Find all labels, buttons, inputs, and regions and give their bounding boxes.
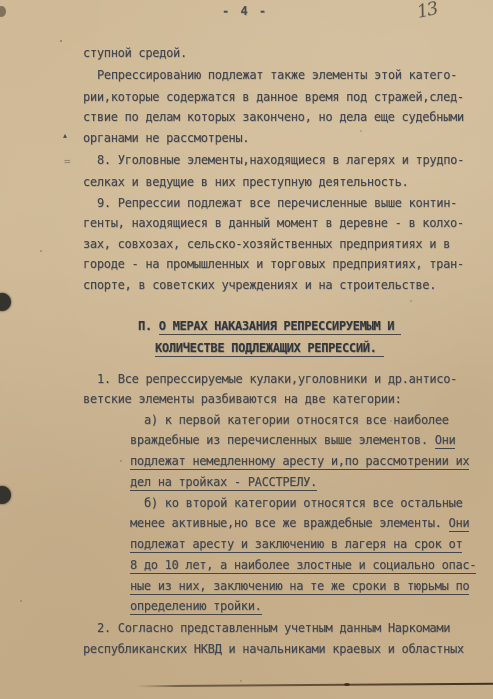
text-line: 2. Согласно представленным учетным данны…: [97, 621, 450, 635]
underlined-text-segment: подлежат аресту и заключению в лагеря на…: [130, 537, 462, 553]
paper-edge-blot: [344, 683, 350, 686]
text-line: а) к первой категории относятся все наиб…: [144, 413, 449, 427]
text-segment: рии,которые содержатся в данное время по…: [83, 90, 464, 104]
text-segment: органами не рассмотрены.: [83, 131, 249, 145]
text-line: городе - на промышленных и торговых пред…: [83, 257, 464, 271]
paper-edge-line: [136, 683, 493, 688]
text-segment: зах, совхозах, сельско-хозяйственных пре…: [83, 237, 450, 251]
text-segment: городе - на промышленных и торговых пред…: [83, 257, 464, 271]
text-line: органами не рассмотрены.: [83, 131, 249, 145]
text-line: рии,которые содержатся в данное время по…: [83, 90, 464, 104]
heading-line: КОЛИЧЕСТВЕ ПОДЛЕЖАЩИХ РЕПРЕССИЙ.: [155, 341, 384, 355]
underlined-text-segment: дел на тройках - РАССТРЕЛУ.: [130, 475, 317, 491]
heading-line: П. О МЕРАХ НАКАЗАНИЯ РЕПРЕССИРУЕМЫМ И: [138, 319, 401, 333]
text-segment: ствие по делам которых закончено, но дел…: [83, 110, 464, 124]
underlined-text-segment: Они: [435, 433, 456, 449]
text-line: дел на тройках - РАССТРЕЛУ.: [130, 475, 317, 489]
text-segment: б) ко второй категории относятся все ост…: [144, 496, 463, 510]
text-line: определению тройки.: [130, 599, 262, 613]
text-segment: менее активные,но все же враждебные элем…: [130, 516, 449, 530]
ink-smudge: [0, 6, 6, 17]
text-segment: враждебные из перечисленных выше элемент…: [130, 433, 435, 447]
text-segment: П.: [138, 319, 159, 333]
page-number: - 4 -: [222, 4, 268, 18]
text-line: ные из них, заключению на те же сроки в …: [130, 579, 469, 593]
text-line: Репрессированию подлежат также элементы …: [97, 68, 457, 82]
text-segment: 9. Репрессии подлежат все перечисленные …: [97, 196, 457, 210]
underlined-text-segment: подлежат немедленному аресту и,по рассмо…: [130, 454, 469, 470]
underlined-text-segment: О МЕРАХ НАКАЗАНИЯ РЕПРЕССИРУЕМЫМ И: [159, 319, 401, 335]
text-line: ствие по делам которых закончено, но дел…: [83, 110, 464, 124]
text-line: 8 до 10 лет, а наиболее злостные и социа…: [130, 558, 476, 572]
text-line: 9. Репрессии подлежат все перечисленные …: [97, 196, 457, 210]
hole-punch-top: [0, 293, 11, 311]
text-line: зах, совхозах, сельско-хозяйственных пре…: [83, 237, 450, 251]
text-segment: а) к первой категории относятся все наиб…: [144, 413, 449, 427]
margin-triangle-mark: ▴: [63, 131, 67, 140]
underlined-text-segment: определению тройки.: [130, 599, 262, 615]
text-segment: генты, находящиеся в данный момент в дер…: [83, 216, 464, 230]
text-segment: Репрессированию подлежат также элементы …: [97, 68, 457, 82]
text-segment: 1. Все репрессируемые кулаки,уголовники …: [97, 372, 457, 386]
scanned-document-screenshot: - 4 - 13 ступной средой.Репрессированию …: [0, 0, 493, 699]
text-segment: спорте, в советских учреждениях и на стр…: [83, 278, 436, 292]
handwritten-folio-number: 13: [415, 0, 439, 23]
text-line: 1. Все репрессируемые кулаки,уголовники …: [97, 372, 457, 386]
text-line: ветские элементы разбиваются на две кате…: [83, 392, 402, 406]
text-line: ступной средой.: [83, 46, 187, 60]
underlined-text-segment: ные из них, заключению на те же сроки в …: [130, 579, 469, 595]
text-segment: селках и ведущие в них преступную деятел…: [83, 175, 408, 189]
paper-speckles: [60, 40, 62, 42]
document-page: - 4 - 13 ступной средой.Репрессированию …: [0, 0, 493, 699]
text-line: враждебные из перечисленных выше элемент…: [130, 433, 455, 447]
margin-pencil-mark: ≈: [63, 155, 70, 169]
text-segment: республиканских НКВД и начальниками крае…: [83, 642, 464, 656]
text-line: генты, находящиеся в данный момент в дер…: [83, 216, 464, 230]
text-line: республиканских НКВД и начальниками крае…: [83, 642, 464, 656]
text-line: подлежат немедленному аресту и,по рассмо…: [130, 454, 469, 468]
text-line: подлежат аресту и заключению в лагеря на…: [130, 537, 462, 551]
text-segment: ветские элементы разбиваются на две кате…: [83, 392, 402, 406]
underlined-text-segment: КОЛИЧЕСТВЕ ПОДЛЕЖАЩИХ РЕПРЕССИЙ.: [155, 341, 384, 357]
text-line: селках и ведущие в них преступную деятел…: [83, 175, 408, 189]
text-line: спорте, в советских учреждениях и на стр…: [83, 278, 436, 292]
text-line: менее активные,но все же враждебные элем…: [130, 516, 469, 530]
text-segment: 8. Уголовные элементы,находящиеся в лаге…: [97, 153, 464, 167]
underlined-text-segment: Они: [449, 516, 470, 532]
text-line: 8. Уголовные элементы,находящиеся в лаге…: [97, 153, 464, 167]
hole-punch-bottom: [0, 486, 11, 504]
text-segment: 2. Согласно представленным учетным данны…: [97, 621, 450, 635]
underlined-text-segment: 8 до 10 лет, а наиболее злостные и социа…: [130, 558, 476, 574]
text-line: б) ко второй категории относятся все ост…: [144, 496, 463, 510]
text-segment: ступной средой.: [83, 46, 187, 60]
